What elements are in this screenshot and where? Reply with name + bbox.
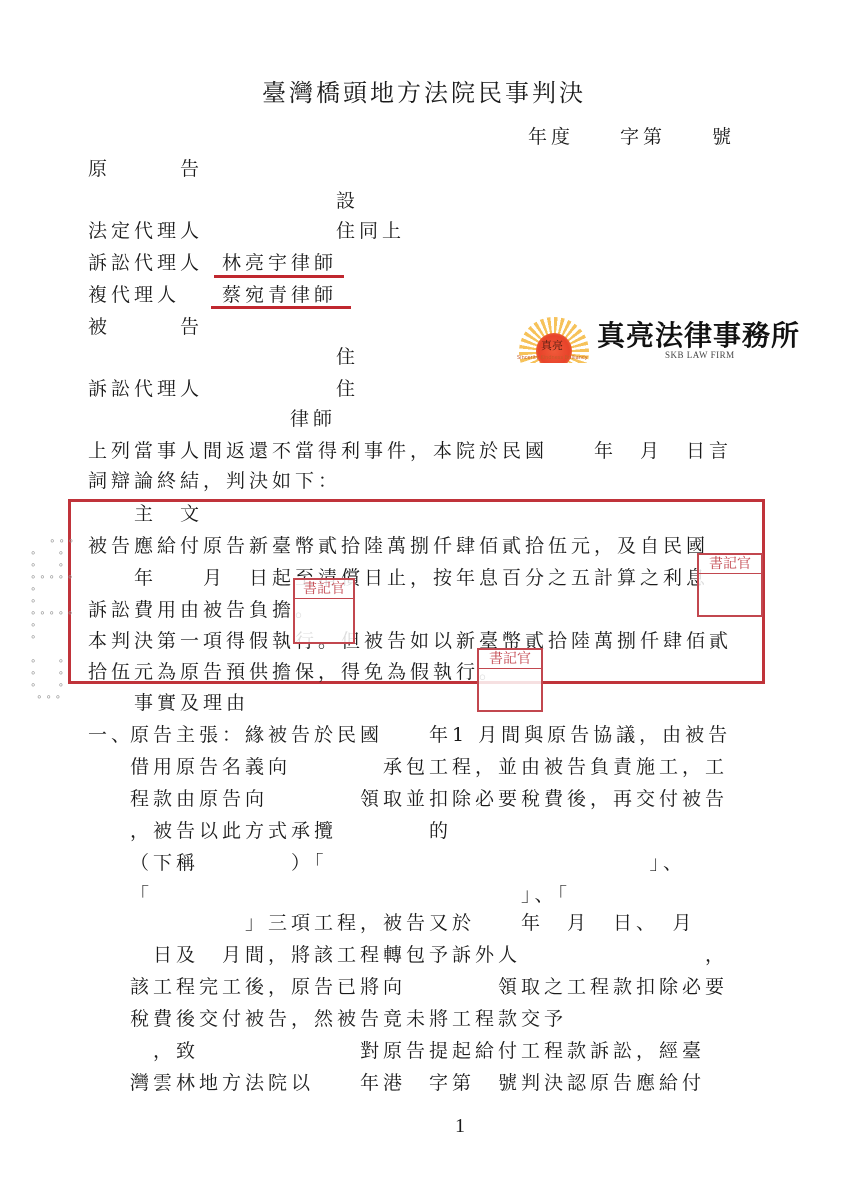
- clerk-stamp-label: 書記官: [699, 555, 761, 574]
- facts-line-1: 原告主張：緣被告於民國 年1 月間與原告協議，由被告: [130, 724, 731, 746]
- facts-line-10: 稅費後交付被告，然被告竟未將工程款交予: [130, 1008, 567, 1030]
- firm-name-english: SKB LAW FIRM: [665, 350, 735, 360]
- defendant-agent-title: 律師: [290, 408, 336, 430]
- facts-line-5: （下稱 ）「 」、: [130, 852, 686, 874]
- facts-line-8: 日及 月間，將該工程轉包予訴外人 ，: [130, 944, 728, 966]
- judgment-line-2: 年 月 日起至清償日止，按年息百分之五計算之利息: [88, 567, 709, 589]
- logo-motto: Sincerity Kindness Brilliancy: [517, 355, 588, 361]
- litigation-agent-label: 訴訟代理人: [88, 252, 203, 274]
- plaintiff-label: 原 告: [88, 158, 203, 180]
- facts-line-2: 借用原告名義向 承包工程，並由被告負責施工，工: [130, 756, 728, 778]
- plaintiff-address: 設: [336, 190, 359, 212]
- document-title: 臺灣橋頭地方法院民事判決: [262, 82, 586, 104]
- clerk-stamp: 書記官: [697, 553, 763, 617]
- judgment-line-1: 被告應給付原告新臺幣貳拾陸萬捌仟肆佰貳拾伍元，及自民國: [88, 535, 709, 557]
- facts-line-6: 「 」、「: [130, 884, 571, 906]
- case-number-line: 年度 字第 號: [528, 126, 735, 148]
- law-firm-logo: 真亮 Sincerity Kindness Brilliancy 真亮法律事務所…: [515, 308, 795, 368]
- legal-rep-label: 法定代理人: [88, 220, 203, 242]
- agent-name-underline: [214, 275, 344, 278]
- judgment-line-4: 本判決第一項得假執行。但被告如以新臺幣貳拾陸萬捌仟肆佰貳: [88, 630, 732, 652]
- clerk-stamp-label: 書記官: [479, 650, 541, 669]
- judgment-line-5: 拾伍元為原告預供擔保，得免為假執行。: [88, 661, 502, 683]
- defendant-agent-address: 住: [336, 378, 359, 400]
- facts-line-7: 」三項工程，被告又於 年 月 日、 月: [130, 912, 696, 934]
- intro-line-2: 詞辯論終結，判決如下：: [88, 470, 341, 492]
- firm-name-chinese: 真亮法律事務所: [597, 314, 800, 354]
- sub-agent-name: 蔡宛青律師: [222, 284, 337, 306]
- defendant-address: 住: [336, 346, 359, 368]
- sub-agent-name-underline: [211, 306, 351, 309]
- litigation-agent-name: 林亮宇律師: [222, 252, 337, 274]
- clerk-stamp-label: 書記官: [295, 580, 353, 599]
- facts-item-marker: 一、: [88, 724, 134, 746]
- facts-line-3: 程款由原告向 領取並扣除必要稅費後，再交付被告: [130, 788, 728, 810]
- facts-heading: 事實及理由: [134, 692, 249, 714]
- defendant-agent-label: 訴訟代理人: [88, 378, 203, 400]
- clerk-stamp: 書記官: [477, 648, 543, 712]
- sub-agent-label: 複代理人: [88, 284, 180, 306]
- sun-logo-icon: 真亮 Sincerity Kindness Brilliancy: [515, 313, 593, 363]
- legal-rep-address: 住同上: [336, 220, 405, 242]
- judgment-line-3: 訴訟費用由被告負擔。: [88, 599, 318, 621]
- clerk-stamp: 書記官: [293, 578, 355, 644]
- facts-line-4: ，被告以此方式承攬 的: [130, 820, 452, 842]
- sun-logo-text: 真亮: [541, 337, 563, 353]
- page-number: 1: [455, 1115, 465, 1138]
- facts-line-9: 該工程完工後，原告已將向 領取之工程款扣除必要: [130, 976, 728, 998]
- defendant-label: 被 告: [88, 316, 203, 338]
- intro-line-1: 上列當事人間返還不當得利事件，本院於民國 年 月 日言: [88, 440, 732, 462]
- judgment-heading: 主 文: [134, 503, 203, 525]
- facts-line-12: 灣雲林地方法院以 年港 字第 號判決認原告應給付: [130, 1072, 705, 1094]
- judgment-highlight-box: [68, 499, 765, 684]
- binding-holes-decoration: ∘∘∘ ∘ ∘ ∘ ∘ ∘∘∘∘∘ ∘ ∘ ∘∘∘∘∘ ∘ ∘ ∘ ∘ ∘ ∘ …: [30, 536, 77, 704]
- facts-line-11: ，致 對原告提起給付工程款訴訟，經臺: [130, 1040, 705, 1062]
